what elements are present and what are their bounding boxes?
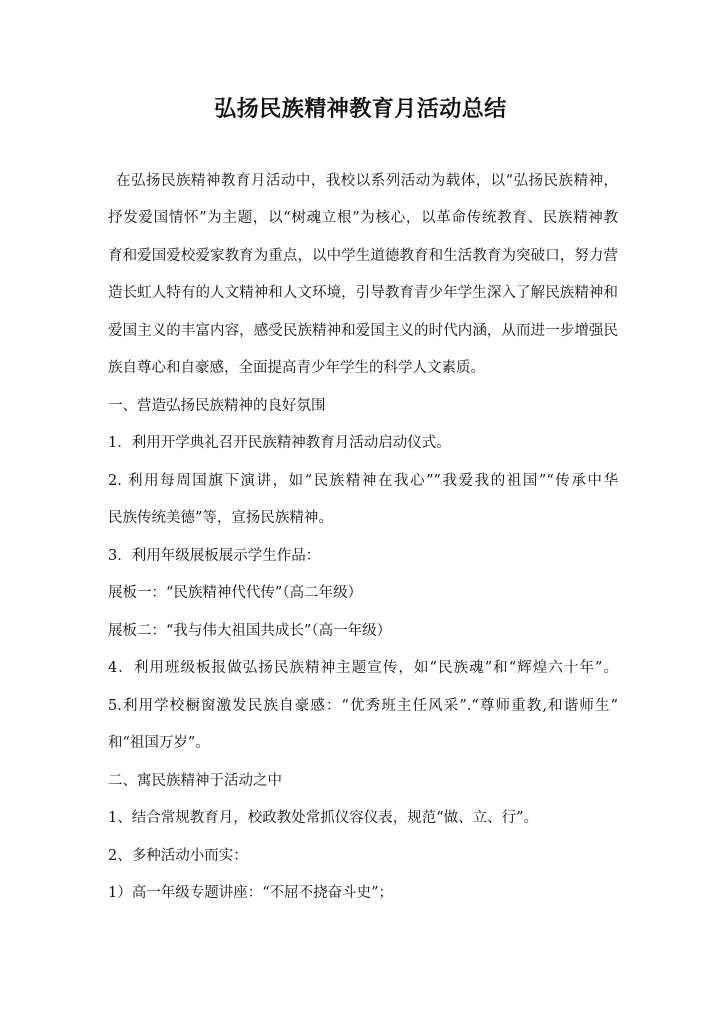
section-1-item-5: 5.利用学校橱窗激发民族自豪感：“优秀班主任风采”.“尊师重教,和谐师生” — [108, 696, 618, 716]
intro-line-6: 族自尊心和自豪感，全面提高青少年学生的科学人文素质。 — [108, 358, 618, 378]
intro-line-1: 在弘扬民族精神教育月活动中，我校以系列活动为载体，以“弘扬民族精神， — [116, 171, 618, 191]
section-2-heading: 二、寓民族精神于活动之中 — [108, 771, 618, 791]
section-1-item-1: 1．利用开学典礼召开民族精神教育月活动启动仪式。 — [108, 433, 618, 453]
section-2-item-2: 2、多种活动小而实： — [108, 846, 618, 866]
document-page: 弘扬民族精神教育月活动总结 在弘扬民族精神教育月活动中，我校以系列活动为载体，以… — [0, 0, 721, 1020]
intro-line-4: 造长虹人特有的人文精神和人文环境，引导教育青少年学生深入了解民族精神和 — [108, 283, 618, 303]
intro-line-5: 爱国主义的丰富内容，感受民族精神和爱国主义的时代内涵，从而进一步增强民 — [108, 321, 618, 341]
display-board-1: 展板一：“民族精神代代传”（高二年级） — [108, 583, 618, 603]
section-1-item-2-cont: 民族传统美德”等，宣扬民族精神。 — [108, 508, 618, 528]
section-1-item-5-cont: 和“祖国万岁”。 — [108, 733, 618, 753]
section-1-item-3: 3．利用年级展板展示学生作品： — [108, 546, 618, 566]
intro-line-3: 育和爱国爱校爱家教育为重点，以中学生道德教育和生活教育为突破口，努力营 — [108, 246, 618, 266]
display-board-2: 展板二：“我与伟大祖国共成长”（高一年级） — [108, 621, 618, 641]
section-2-subitem-1: 1）高一年级专题讲座：“不屈不挠奋斗史”； — [108, 883, 618, 903]
intro-line-2: 抒发爱国情怀”为主题，以“树魂立根”为核心，以革命传统教育、民族精神教 — [108, 208, 618, 228]
section-1-item-4: 4．利用班级板报做弘扬民族精神主题宣传，如“民族魂”和“辉煌六十年”。 — [108, 658, 618, 678]
section-1-heading: 一、营造弘扬民族精神的良好氛围 — [108, 396, 618, 416]
section-1-item-2: 2. 利用每周国旗下演讲，如“民族精神在我心”“我爱我的祖国”“传承中华 — [108, 471, 618, 491]
document-title: 弘扬民族精神教育月活动总结 — [0, 92, 721, 123]
section-2-item-1: 1、结合常规教育月，校政教处常抓仪容仪表，规范“做、立、行”。 — [108, 808, 618, 828]
